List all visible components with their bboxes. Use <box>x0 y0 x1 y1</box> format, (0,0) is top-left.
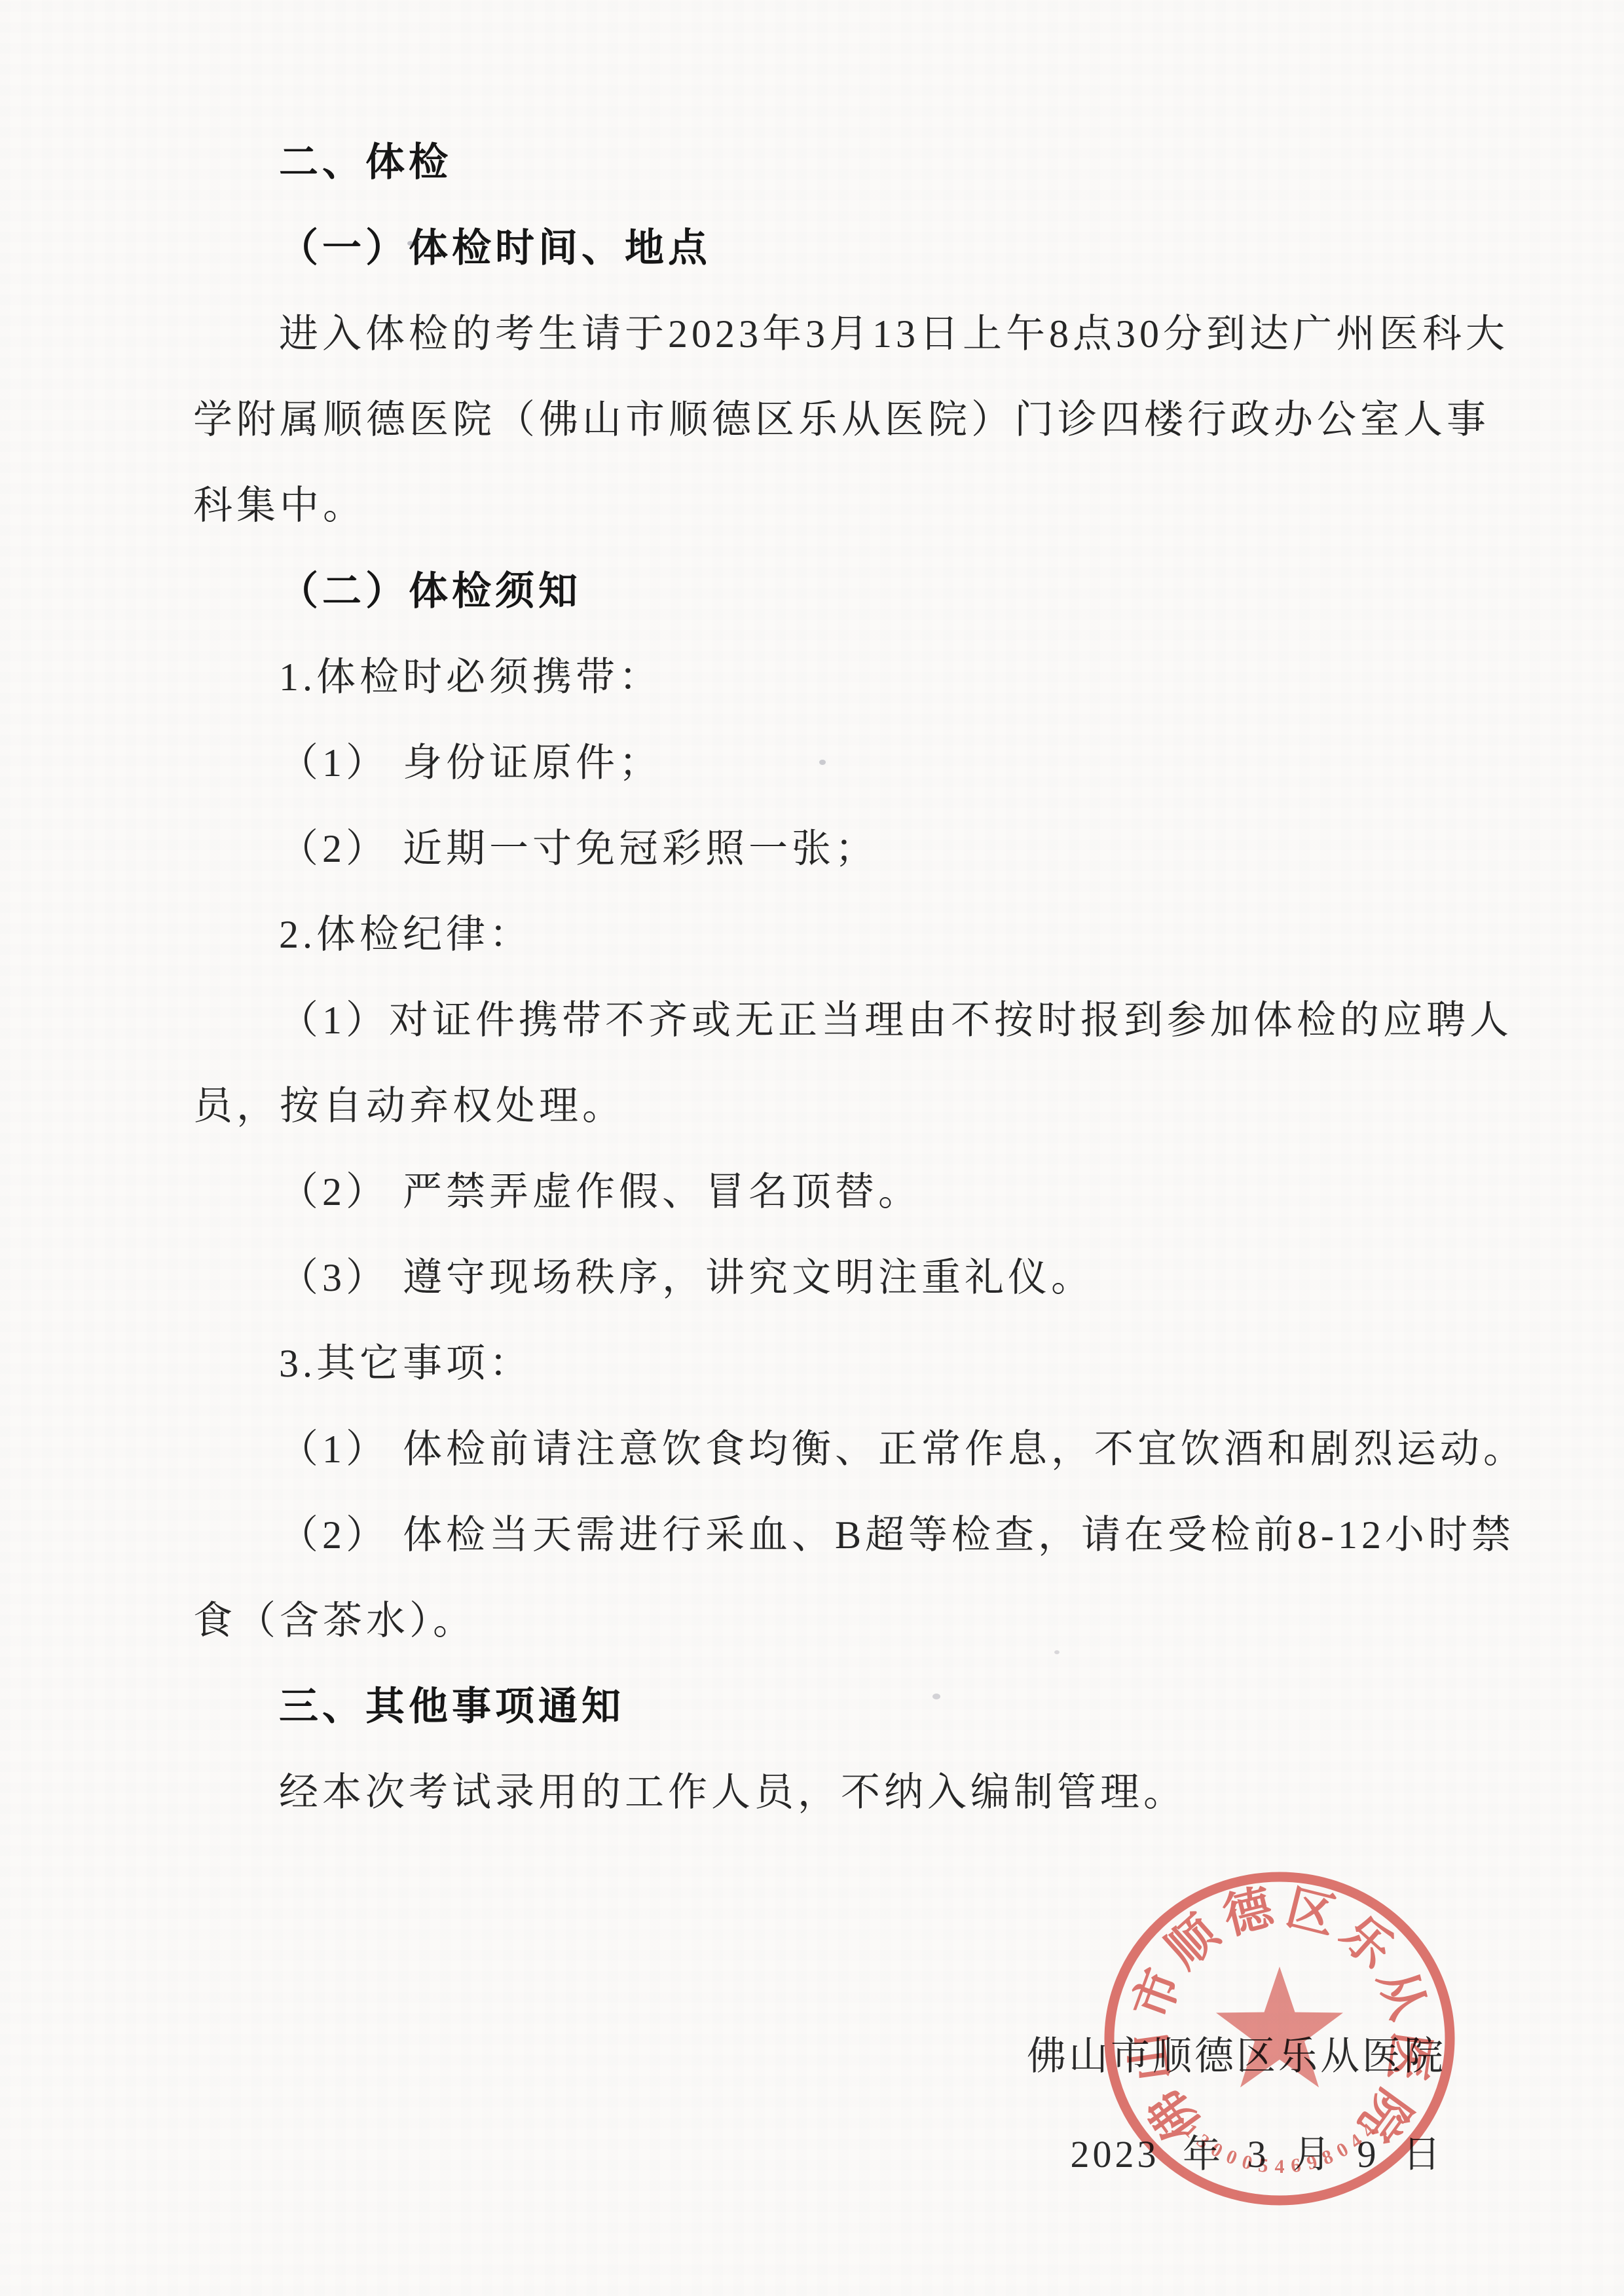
item-other-matters: 3.其它事项： <box>193 1321 1598 1407</box>
item-photo: （2） 近期一寸免冠彩照一张； <box>193 806 1598 892</box>
item-discipline-2: （2） 严禁弄虚作假、冒名顶替。 <box>193 1149 1598 1235</box>
item-other-2-line1: （2） 体检当天需进行采血、B超等检查，请在受检前8-12小时禁 <box>193 1492 1598 1578</box>
star-icon <box>1216 1967 1343 2088</box>
seal-serial-digit: 0 <box>1333 2138 1352 2162</box>
seal-arc-char: 医 <box>1378 2029 1438 2084</box>
seal-arc-char: 区 <box>1281 1881 1341 1944</box>
item-other-1: （1） 体检前请注意饮食均衡、正常作息，不宜饮酒和剧烈运动。 <box>193 1407 1598 1492</box>
item-must-bring: 1.体检时必须携带： <box>193 635 1598 720</box>
item-other-2-line2: 食（含茶水）。 <box>193 1578 1598 1664</box>
seal-arc-char: 德 <box>1218 1881 1280 1945</box>
seal-serial-digit: 0 <box>1240 2151 1255 2174</box>
scan-speck <box>819 760 826 765</box>
item-discipline-1-line1: （1）对证件携带不齐或无正当理由不按时报到参加体检的应聘人 <box>193 978 1598 1064</box>
section-heading-other-notice: 三、其他事项通知 <box>193 1664 1598 1750</box>
paragraph-exam-arrival-line1: 进入体检的考生请于2023年3月13日上午8点30分到达广州医科大 <box>193 291 1598 377</box>
seal-arc-char: 山 <box>1121 2029 1181 2084</box>
scan-speck <box>1054 1650 1060 1654</box>
item-id-card: （1） 身份证原件； <box>193 720 1598 806</box>
paragraph-exam-arrival-line2: 学附属顺德医院（佛山市顺德区乐从医院）门诊四楼行政办公室人事 <box>193 377 1598 463</box>
seal-serial-digit: 0 <box>1223 2145 1240 2169</box>
seal-serial-digit: 4 <box>1275 2156 1285 2177</box>
seal-serial-digit: 6 <box>1289 2155 1302 2177</box>
scan-speck <box>407 241 413 246</box>
seal-serial-digit: 0 <box>1207 2138 1226 2162</box>
seal-serial-digit: 9 <box>1304 2151 1319 2174</box>
seal-serial-digit: 5 <box>1257 2155 1270 2177</box>
official-seal-stamp: 佛 山 市 顺 德 区 乐 从 医 院 4 4 0 8 9 6 4 5 0 0 … <box>1096 1855 1463 2222</box>
seal-arc-char: 从 <box>1368 1962 1435 2026</box>
seal-serial-digit: 8 <box>1319 2145 1336 2169</box>
item-discipline-3: （3） 遵守现场秩序，讲究文明注重礼仪。 <box>193 1235 1598 1321</box>
seal-serial-digit: 3 <box>1192 2130 1213 2153</box>
subheading-exam-notes: （二）体检须知 <box>193 549 1598 635</box>
seal-arc-char: 市 <box>1124 1962 1191 2026</box>
paragraph-exam-arrival-line3: 科集中。 <box>193 463 1598 549</box>
item-discipline: 2.体检纪律： <box>193 892 1598 978</box>
subheading-exam-time-place: （一）体检时间、地点 <box>193 206 1598 291</box>
document-body: 二、体检 （一）体检时间、地点 进入体检的考生请于2023年3月13日上午8点3… <box>193 120 1598 1836</box>
paragraph-no-staffing-quota: 经本次考试录用的工作人员，不纳入编制管理。 <box>193 1750 1598 1836</box>
scanned-notice-page: 二、体检 （一）体检时间、地点 进入体检的考生请于2023年3月13日上午8点3… <box>0 0 1624 2296</box>
item-discipline-1-line2: 员，按自动弃权处理。 <box>193 1064 1598 1149</box>
section-heading-physical-exam: 二、体检 <box>193 120 1598 206</box>
scan-speck <box>932 1694 940 1699</box>
